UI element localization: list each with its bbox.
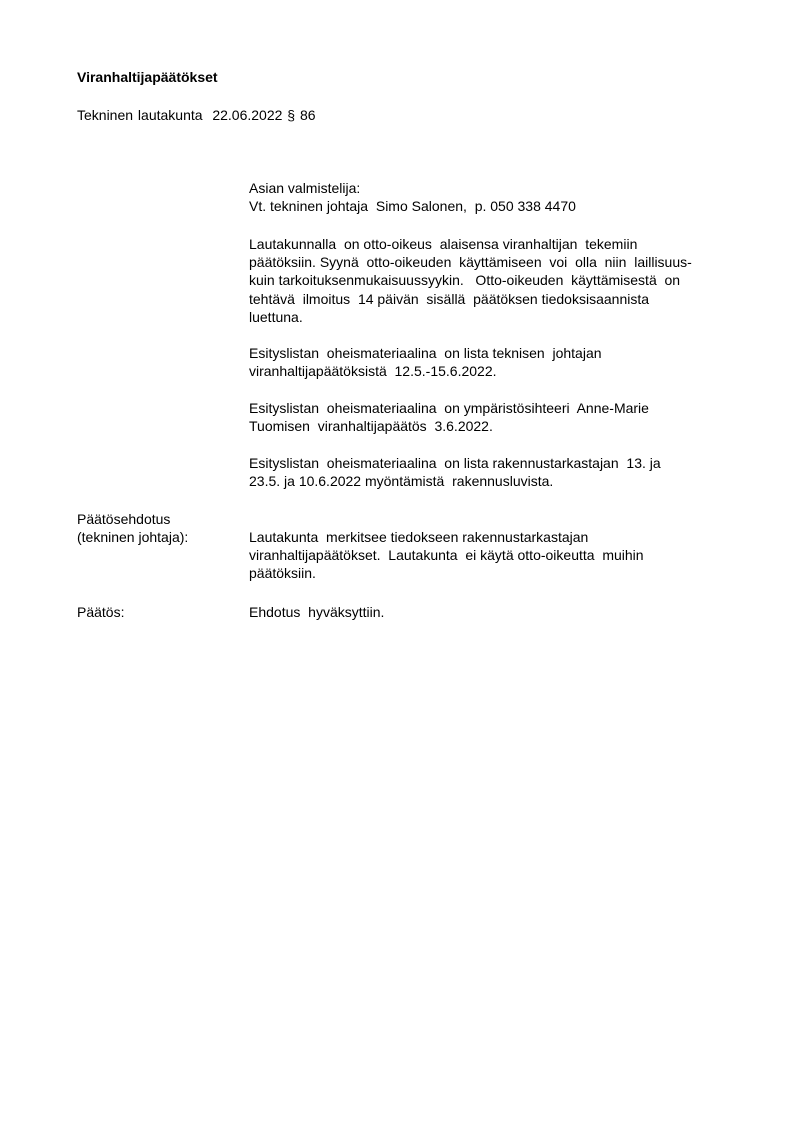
text-line: tehtävä ilmoitus 14 päivän sisällä päätö… <box>249 290 692 308</box>
proposal-label: Päätösehdotus (tekninen johtaja): <box>77 510 188 546</box>
text-line: päätöksiin. <box>249 564 644 582</box>
meeting-reference: Tekninen lautakunta 22.06.2022 § 86 <box>77 106 316 124</box>
decision-label: Päätös: <box>77 603 124 621</box>
text-line: Esityslistan oheismateriaalina on lista … <box>249 344 602 362</box>
paragraph-attachment-2: Esityslistan oheismateriaalina on ympäri… <box>249 399 649 435</box>
proposal-label-line: Päätösehdotus <box>77 510 188 528</box>
text-line: 23.5. ja 10.6.2022 myöntämistä rakennusl… <box>249 472 661 490</box>
text-line: päätöksiin. Syynä otto-oikeuden käyttämi… <box>249 253 692 271</box>
paragraph-attachment-3: Esityslistan oheismateriaalina on lista … <box>249 454 661 490</box>
text-line: viranhaltijapäätöksistä 12.5.-15.6.2022. <box>249 362 602 380</box>
text-line: Esityslistan oheismateriaalina on ympäri… <box>249 399 649 417</box>
paragraph-attachment-1: Esityslistan oheismateriaalina on lista … <box>249 344 602 380</box>
text-line: Esityslistan oheismateriaalina on lista … <box>249 454 661 472</box>
proposal-label-line: (tekninen johtaja): <box>77 528 188 546</box>
text-line: Lautakunta merkitsee tiedokseen rakennus… <box>249 528 644 546</box>
text-line: viranhaltijapäätökset. Lautakunta ei käy… <box>249 546 644 564</box>
proposal-text: Lautakunta merkitsee tiedokseen rakennus… <box>249 528 644 583</box>
text-line: kuin tarkoituksenmukaisuussyykin. Otto-o… <box>249 271 692 289</box>
document-title: Viranhaltijapäätökset <box>77 68 218 86</box>
decision-value: Ehdotus hyväksyttiin. <box>249 603 384 621</box>
preparer-block: Asian valmistelija: Vt. tekninen johtaja… <box>249 179 576 215</box>
preparer-value: Vt. tekninen johtaja Simo Salonen, p. 05… <box>249 197 576 215</box>
text-line: Lautakunnalla on otto-oikeus alaisensa v… <box>249 235 692 253</box>
paragraph-otto-oikeus: Lautakunnalla on otto-oikeus alaisensa v… <box>249 235 692 326</box>
text-line: Tuomisen viranhaltijapäätös 3.6.2022. <box>249 417 649 435</box>
preparer-label: Asian valmistelija: <box>249 179 576 197</box>
text-line: luettuna. <box>249 308 692 326</box>
